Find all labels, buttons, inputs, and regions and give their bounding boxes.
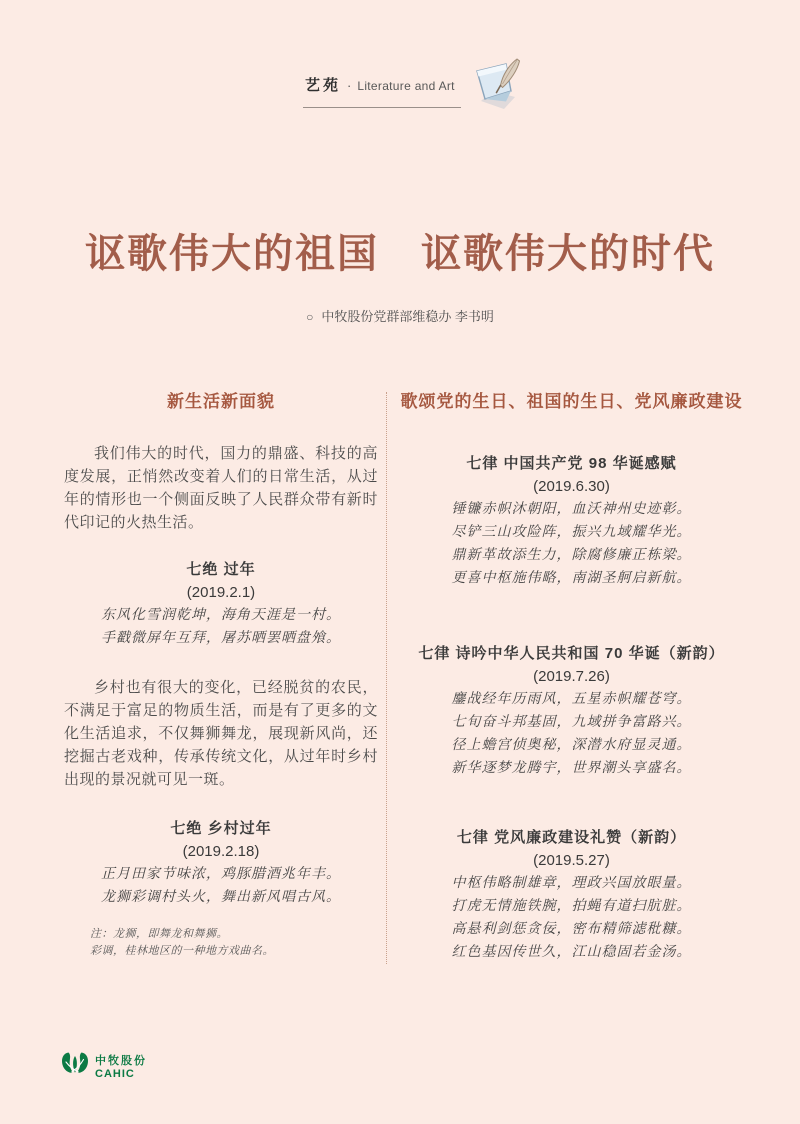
magazine-page: 艺苑 · Literature and Art 讴歌伟大的祖国 讴歌伟大的时代 …	[0, 0, 800, 1124]
footnote-line: 注：龙狮，即舞龙和舞狮。	[90, 925, 378, 942]
right-column: 歌颂党的生日、祖国的生日、党风廉政建设 七律 中国共产党 98 华诞感赋 (20…	[386, 392, 746, 964]
byline-marker-icon: ○	[306, 310, 313, 324]
section-name-cn: 艺苑	[305, 74, 341, 95]
poem-line: 手戳微屏年互拜，屠苏晒罢晒盘飧。	[64, 627, 378, 650]
poem-line: 高悬利剑惩贪佞，密布精筛滤秕糠。	[397, 918, 746, 941]
poem-line: 径上蟾宫侦奥秘，深潜水府显灵通。	[397, 734, 746, 757]
poem-line: 新华逐梦龙腾宇，世界潮头享盛名。	[397, 757, 746, 780]
cahic-logo-icon	[60, 1050, 90, 1085]
poem-line: 鏖战经年历雨风，五星赤帜耀苍穹。	[397, 688, 746, 711]
left-column: 新生活新面貌 我们伟大的时代，国力的鼎盛、科技的高度发展，正悄然改变着人们的日常…	[64, 392, 386, 964]
left-column-heading: 新生活新面貌	[64, 392, 378, 412]
poem-date: (2019.7.26)	[397, 665, 746, 688]
publisher-logo-text: 中牧股份 CAHIC	[95, 1056, 147, 1080]
poem-line: 鼎新革故添生力，除腐修廉正栋梁。	[397, 544, 746, 567]
paragraph: 我们伟大的时代，国力的鼎盛、科技的高度发展，正悄然改变着人们的日常生活，从过年的…	[64, 442, 378, 534]
publisher-logo: 中牧股份 CAHIC	[60, 1050, 147, 1085]
poem-line: 尽铲三山攻险阵，振兴九域耀华光。	[397, 521, 746, 544]
footnote-line: 彩调，桂林地区的一种地方戏曲名。	[90, 942, 378, 959]
article-title: 讴歌伟大的祖国 讴歌伟大的时代	[0, 222, 800, 279]
publisher-name-cn: 中牧股份	[95, 1056, 147, 1067]
poem-line: 打虎无情施铁腕，拍蝇有道扫肮脏。	[397, 895, 746, 918]
poem-party-98: 七律 中国共产党 98 华诞感赋 (2019.6.30) 锤镰赤帜沐朝阳，血沃神…	[397, 452, 746, 590]
byline: ○中牧股份党群部维稳办 李书明	[0, 306, 800, 325]
poem-line: 红色基因传世久，江山稳固若金汤。	[397, 941, 746, 964]
right-column-heading: 歌颂党的生日、祖国的生日、党风廉政建设	[397, 392, 746, 412]
poem-line: 正月田家节味浓，鸡豚腊酒兆年丰。	[64, 863, 378, 886]
poem-line: 更喜中枢施伟略，南湖圣舸启新航。	[397, 567, 746, 590]
section-separator: ·	[347, 78, 351, 93]
poem-title: 七律 诗吟中华人民共和国 70 华诞（新韵）	[397, 642, 746, 665]
section-name-en: Literature and Art	[357, 79, 454, 93]
masthead: 艺苑 · Literature and Art	[303, 60, 523, 117]
poem-line: 锤镰赤帜沐朝阳，血沃神州史迹彰。	[397, 498, 746, 521]
poem-title: 七律 中国共产党 98 华诞感赋	[397, 452, 746, 475]
footnotes: 注：龙狮，即舞龙和舞狮。 彩调，桂林地区的一种地方戏曲名。	[90, 925, 378, 959]
poem-date: (2019.5.27)	[397, 849, 746, 872]
poem-dangfeng-lianzheng: 七律 党风廉政建设礼赞（新韵） (2019.5.27) 中枢伟略制雄章，理政兴国…	[397, 826, 746, 964]
publisher-name-en: CAHIC	[95, 1069, 147, 1080]
poem-line: 中枢伟略制雄章，理政兴国放眼量。	[397, 872, 746, 895]
article-columns: 新生活新面貌 我们伟大的时代，国力的鼎盛、科技的高度发展，正悄然改变着人们的日常…	[64, 392, 746, 964]
poem-prc-70: 七律 诗吟中华人民共和国 70 华诞（新韵） (2019.7.26) 鏖战经年历…	[397, 642, 746, 780]
poem-date: (2019.2.1)	[64, 581, 378, 604]
poem-xiangcun-guonian: 七绝 乡村过年 (2019.2.18) 正月田家节味浓，鸡豚腊酒兆年丰。 龙狮彩…	[64, 817, 378, 909]
poem-date: (2019.2.18)	[64, 840, 378, 863]
poem-guonian: 七绝 过年 (2019.2.1) 东风化雪润乾坤，海角天涯是一村。 手戳微屏年互…	[64, 558, 378, 650]
notepad-quill-icon	[471, 56, 523, 117]
poem-date: (2019.6.30)	[397, 475, 746, 498]
poem-line: 龙狮彩调村头火，舞出新风唱古风。	[64, 886, 378, 909]
poem-title: 七绝 过年	[64, 558, 378, 581]
byline-text: 中牧股份党群部维稳办 李书明	[321, 309, 494, 324]
poem-title: 七律 党风廉政建设礼赞（新韵）	[397, 826, 746, 849]
poem-title: 七绝 乡村过年	[64, 817, 378, 840]
poem-line: 七旬奋斗邦基固，九域拼争富路兴。	[397, 711, 746, 734]
poem-line: 东风化雪润乾坤，海角天涯是一村。	[64, 604, 378, 627]
masthead-text: 艺苑 · Literature and Art	[303, 60, 461, 108]
paragraph: 乡村也有很大的变化，已经脱贫的农民，不满足于富足的物质生活，而是有了更多的文化生…	[64, 676, 378, 791]
